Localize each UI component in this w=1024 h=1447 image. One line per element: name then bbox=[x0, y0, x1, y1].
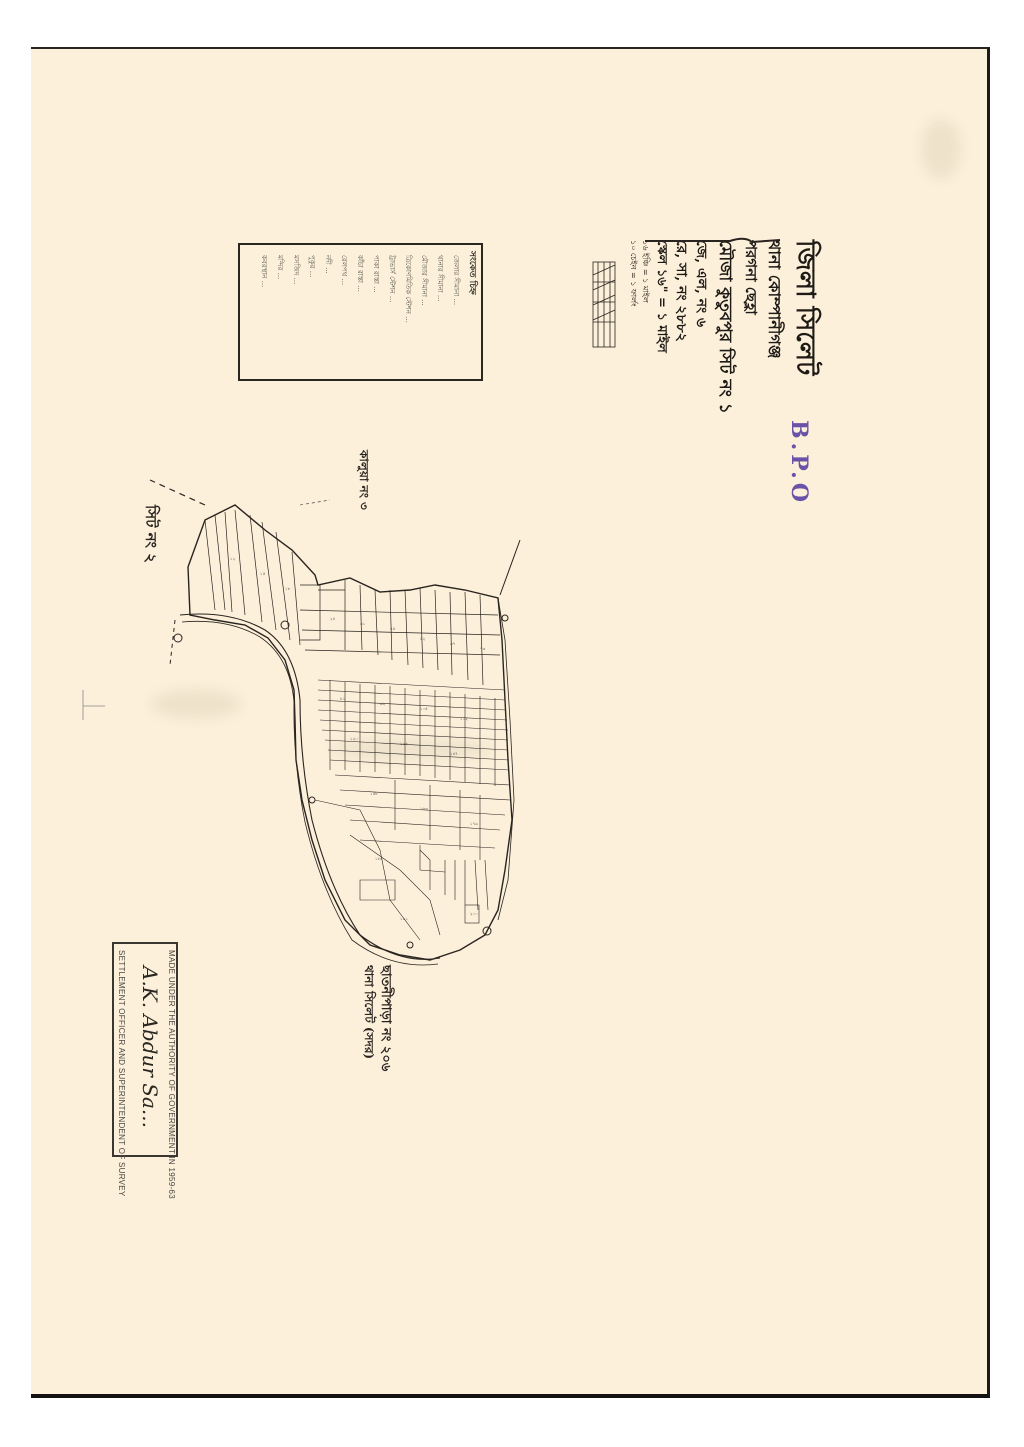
svg-text:১৮: ১৮ bbox=[285, 586, 291, 591]
svg-text:৪৫: ৪৫ bbox=[390, 626, 396, 631]
svg-text:১৭৯: ১৭৯ bbox=[470, 821, 478, 826]
cadastral-map: ১২১৫১৮ ২৪৩১৪৫৫২ ৬৭৭৩৮১৯২ ১০৫১১২১২০১৩৪ ১৪… bbox=[0, 0, 1024, 1447]
svg-text:১৯১: ১৯১ bbox=[400, 916, 408, 921]
svg-text:২০০: ২০০ bbox=[470, 911, 478, 916]
svg-text:১৬৩: ১৬৩ bbox=[420, 806, 428, 811]
svg-text:১৪৭: ১৪৭ bbox=[450, 751, 458, 756]
svg-text:১৩৪: ১৩৪ bbox=[400, 741, 408, 746]
svg-text:১০৫: ১০৫ bbox=[420, 706, 428, 711]
svg-text:১৫৮: ১৫৮ bbox=[370, 791, 378, 796]
svg-text:১৫: ১৫ bbox=[260, 571, 266, 576]
svg-text:১২০: ১২০ bbox=[350, 736, 358, 741]
svg-text:১১২: ১১২ bbox=[460, 716, 468, 721]
svg-text:৫২: ৫২ bbox=[420, 636, 426, 641]
svg-text:১৮৫: ১৮৫ bbox=[375, 856, 383, 861]
svg-text:৯২: ৯২ bbox=[380, 701, 386, 706]
svg-text:১২: ১২ bbox=[230, 556, 236, 561]
svg-text:৭৩: ৭৩ bbox=[480, 646, 486, 651]
svg-text:৬৭: ৬৭ bbox=[450, 641, 456, 646]
svg-text:৩১: ৩১ bbox=[360, 621, 366, 626]
svg-text:২৪: ২৪ bbox=[330, 616, 336, 621]
plot-numbers: ১২১৫১৮ ২৪৩১৪৫৫২ ৬৭৭৩৮১৯২ ১০৫১১২১২০১৩৪ ১৪… bbox=[230, 556, 486, 921]
svg-text:৮১: ৮১ bbox=[340, 696, 346, 701]
mouza-boundary bbox=[188, 505, 512, 960]
scale-bar bbox=[593, 262, 615, 347]
